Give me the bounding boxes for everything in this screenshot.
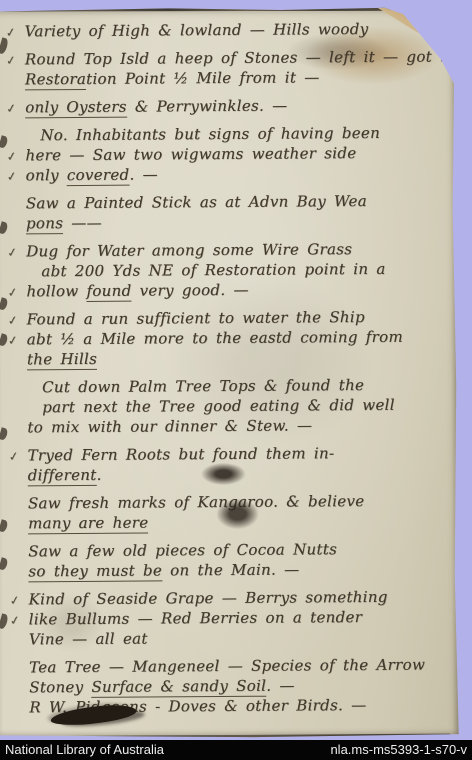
reference-number-label: nla.ms-ms5393-1-s70-v [330, 740, 467, 760]
handwriting-text: like Bullums — Red Berries on a tender [29, 608, 363, 628]
manuscript-line: to mix with our dinner & Stew. — [0, 415, 432, 438]
handwriting-text: abt ½ a Mile more to the eastd coming fr… [27, 328, 403, 349]
handwriting-text: only [26, 166, 67, 184]
paper-bottom-edge [1, 734, 450, 740]
handwriting-text: here — Saw two wigwams weather side [25, 144, 356, 164]
handwriting-text: —— [63, 214, 102, 232]
handwriting-text: the Hills [27, 350, 97, 370]
handwriting-text: . [96, 466, 101, 484]
handwriting-text: only Oysters [25, 98, 127, 119]
manuscript-line: R W. Pidgeons - Doves & other Birds. — [0, 695, 434, 718]
check-mark: ✓ [6, 330, 19, 351]
handwriting-text: Cut down Palm Tree Tops & found the [42, 376, 364, 396]
manuscript-line: Restoration Point ½ Mile from it — [0, 67, 430, 90]
manuscript-line: Vine — all eat [0, 627, 434, 650]
handwriting-text: hollow [26, 282, 86, 300]
handwriting-text: on the Main. — [162, 560, 299, 579]
manuscript-line: ✓only Oysters & Perrywinkles. — [0, 95, 430, 118]
handwriting-text: abt 200 Yds NE of Restoration point in a [41, 260, 385, 280]
manuscript-scan-view: ✓Variety of High & lowland — Hills woody… [0, 0, 472, 760]
paper-top-edge [0, 7, 392, 12]
handwriting-text: . — [266, 676, 295, 694]
check-mark: ✓ [5, 166, 18, 187]
handwriting-text: so they must be [28, 561, 162, 582]
handwriting-text: & Perrywinkles. — [127, 97, 288, 116]
check-mark: ✓ [4, 50, 17, 71]
manuscript-paper: ✓Variety of High & lowland — Hills woody… [0, 6, 460, 739]
manuscript-line: pons —— [0, 211, 431, 234]
check-mark: ✓ [8, 590, 21, 611]
manuscript-line: ✓hollow found very good. — [0, 279, 432, 302]
handwriting-text: part next the Tree good eating & did wel… [42, 396, 395, 416]
handwriting-text: R W. Pidgeons - Doves & other Birds. — [29, 696, 366, 716]
manuscript-line: different. [0, 463, 433, 486]
handwriting-text: Saw fresh marks of Kangaroo. & believe [28, 492, 365, 512]
handwriting-text: pons [26, 214, 63, 234]
handwriting-text: Tea Tree — Mangeneel — Species of the Ar… [29, 656, 425, 677]
manuscript-line: so they must be on the Main. — [0, 559, 433, 582]
handwriting-text: to mix with our dinner & Stew. — [27, 416, 312, 436]
handwriting-text: Restora [25, 70, 86, 90]
handwriting-text: Surface & sandy Soil [91, 677, 266, 698]
handwriting-text: . — [129, 165, 158, 183]
handwriting-text: Dug for Water among some Wire Grass [26, 240, 352, 260]
manuscript-line: ✓only covered. — [0, 163, 431, 186]
check-mark: ✓ [6, 282, 19, 303]
handwriting-text: Stoney [29, 678, 91, 696]
handwriting-text: Tryed Fern Roots but found them in- [28, 444, 335, 464]
manuscript-line: many are here [0, 511, 433, 534]
handwriting-text: Vine — all eat [29, 630, 148, 649]
handwriting-text: tion Point ½ Mile from it — [86, 68, 320, 88]
handwriting-text: Found a run sufficient to water the Ship [27, 308, 365, 328]
manuscript-line: the Hills [0, 347, 432, 370]
handwriting-text: very good. — [131, 281, 248, 300]
handwriting-text: different [28, 466, 97, 486]
handwriting-text: Saw a few old pieces of Cocoa Nutts [28, 540, 337, 560]
check-mark: ✓ [7, 446, 20, 467]
footer-bar: National Library of Australia nla.ms-ms5… [0, 740, 472, 760]
check-mark: ✓ [5, 98, 18, 119]
check-mark: ✓ [5, 146, 18, 167]
handwriting-text: Kind of Seaside Grape — Berrys something [29, 588, 388, 609]
handwriting-text: Round Top Isld a heep of Stones — left i… [25, 47, 456, 68]
manuscript-lines: ✓Variety of High & lowland — Hills woody… [0, 19, 434, 718]
handwriting-text: found [86, 282, 131, 302]
check-mark: ✓ [6, 310, 19, 331]
handwriting-text: many are here [28, 514, 148, 535]
handwriting-text: No. Inhabitants but signs of having been [40, 124, 380, 144]
handwriting-text: covered [67, 166, 130, 186]
check-mark: ✓ [6, 242, 19, 263]
handwriting-text: Variety of High & lowland — Hills woody [25, 20, 369, 40]
handwriting-text: Saw a Painted Stick as at Advn Bay Wea [26, 192, 367, 212]
manuscript-line: ✓Variety of High & lowland — Hills woody [0, 19, 430, 42]
check-mark: ✓ [8, 610, 21, 631]
library-name-label: National Library of Australia [5, 740, 164, 760]
